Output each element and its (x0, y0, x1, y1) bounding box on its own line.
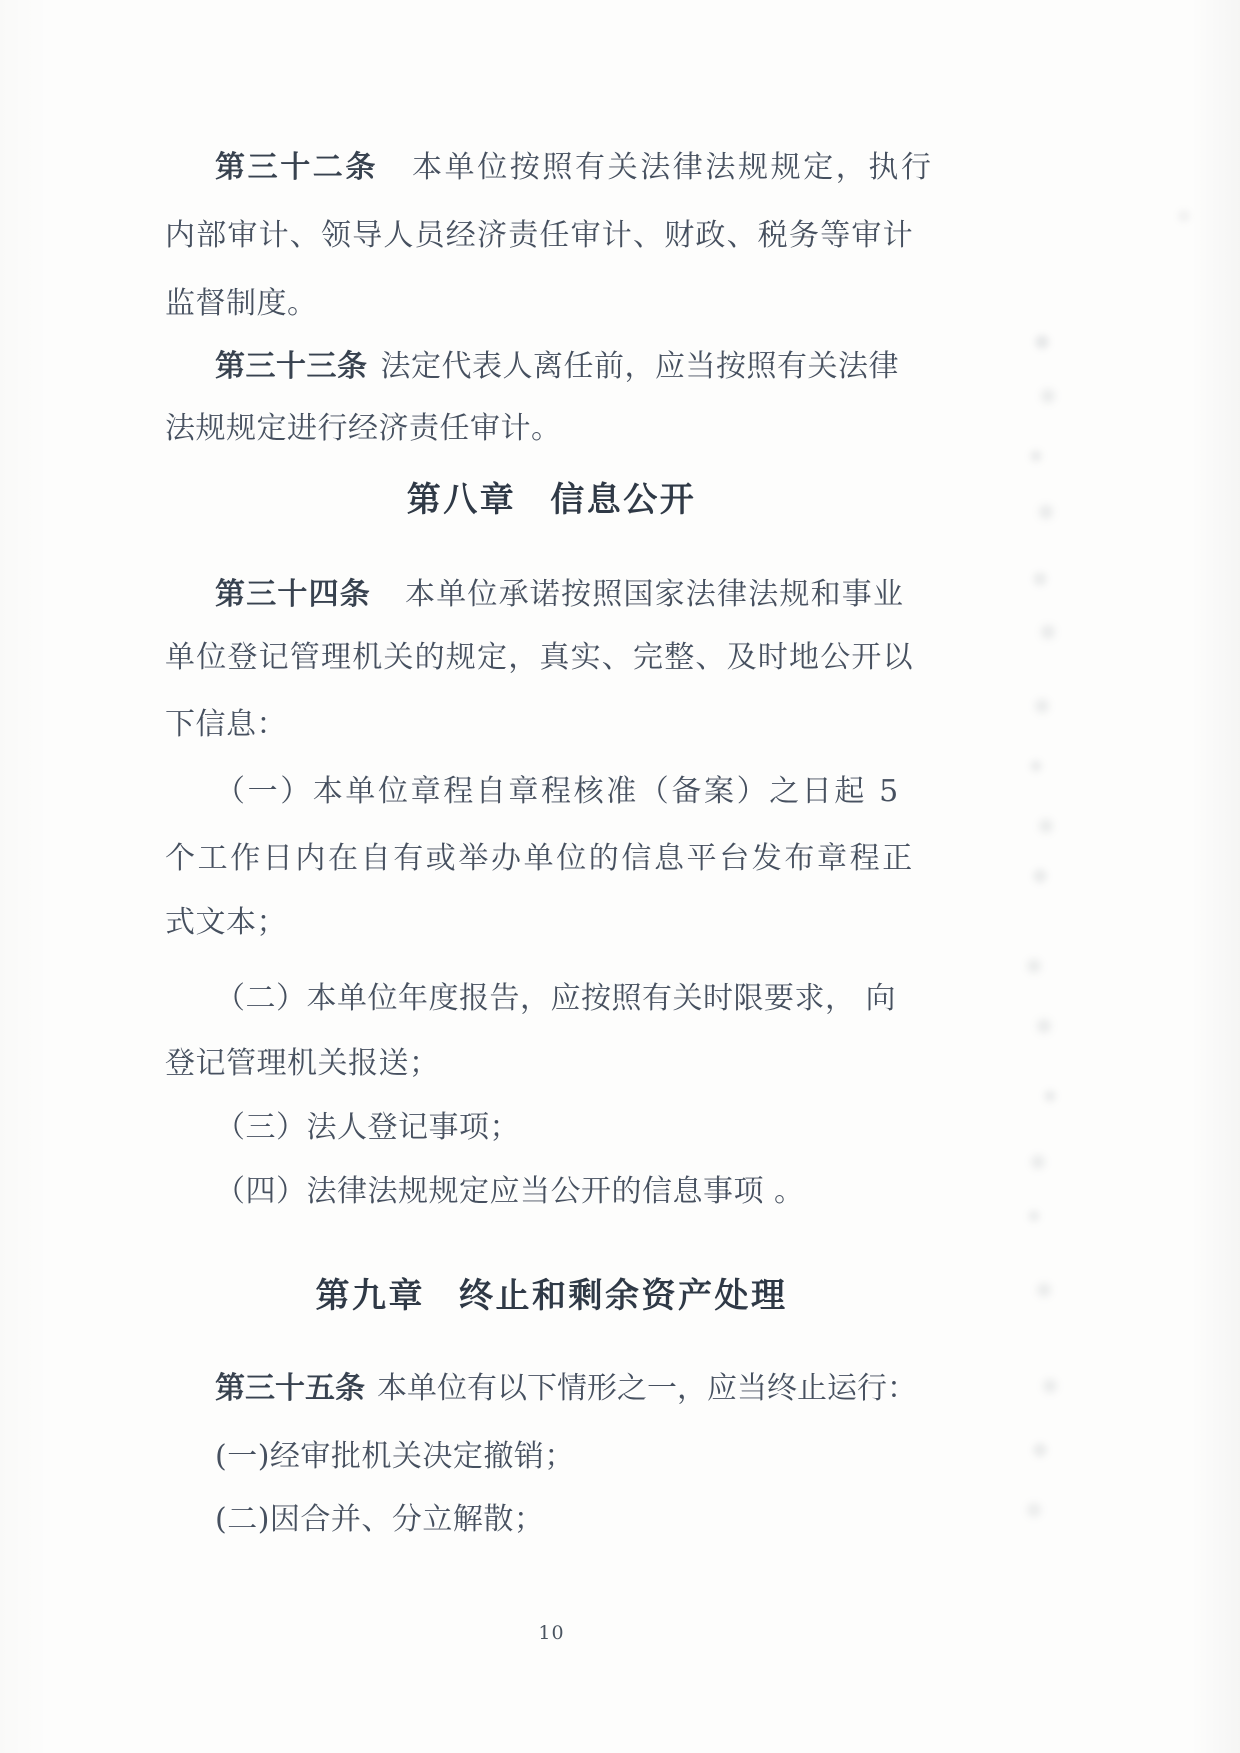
article-34-item-2-line-2: 登记管理机关报送； (165, 1043, 955, 1085)
chapter-8-number: 第八章 (407, 480, 517, 520)
article-35-item-2: (二)因合并、分立解散； (165, 1499, 1005, 1541)
article-34-item-4: （四）法律法规规定应当公开的信息事项 。 (165, 1171, 1005, 1213)
chapter-8-heading: 第八章信息公开 (165, 472, 938, 521)
scan-smudge-artifacts (0, 0, 8, 8)
article-35-text-1: 本单位有以下情形之一，应当终止运行： (377, 1371, 917, 1406)
page-number: 10 (165, 1622, 938, 1644)
article-35-number: 第三十五条 (215, 1371, 365, 1406)
chapter-9-number: 第九章 (316, 1276, 426, 1316)
article-33-line-2: 法规规定进行经济责任审计。 (165, 408, 955, 450)
article-35-item-1: (一)经审批机关决定撤销； (165, 1436, 1005, 1478)
article-34-line-3: 下信息： (165, 704, 955, 746)
document-page: 第三十二条本单位按照有关法律法规规定，执行 内部审计、领导人员经济责任审计、财政… (0, 0, 1240, 1753)
article-34-item-1-line-2: 个工作日内在自有或举办单位的信息平台发布章程正 (165, 838, 955, 880)
article-33-number: 第三十三条 (215, 349, 368, 384)
chapter-9-heading: 第九章终止和剩余资产处理 (165, 1268, 938, 1317)
article-32-line-3: 监督制度。 (165, 283, 955, 325)
article-34-item-1-line-3: 式文本； (165, 902, 955, 944)
article-34-item-1-line-1: （一）本单位章程自章程核准（备案）之日起 5 (165, 771, 1005, 813)
article-34-number: 第三十四条 (215, 577, 371, 612)
article-34-item-3: （三）法人登记事项； (165, 1107, 1005, 1149)
article-33-text-1: 法定代表人离任前，应当按照有关法律 (381, 349, 900, 384)
article-34-text-1: 本单位承诺按照国家法律法规和事业 (405, 577, 904, 612)
article-32-text-1: 本单位按照有关法律法规规定，执行 (412, 150, 934, 185)
article-32-line-1: 第三十二条本单位按照有关法律法规规定，执行 (165, 147, 1005, 189)
article-32-line-2: 内部审计、领导人员经济责任审计、财政、税务等审计 (165, 215, 955, 257)
article-34-line-2: 单位登记管理机关的规定，真实、完整、及时地公开以 (165, 637, 955, 679)
article-32-number: 第三十二条 (215, 150, 378, 185)
article-35-line-1: 第三十五条本单位有以下情形之一，应当终止运行： (165, 1368, 1005, 1410)
article-33-line-1: 第三十三条法定代表人离任前，应当按照有关法律 (165, 346, 1005, 388)
chapter-9-title: 终止和剩余资产处理 (459, 1276, 788, 1316)
chapter-8-title: 信息公开 (550, 480, 696, 520)
article-34-item-2-line-1: （二）本单位年度报告，应按照有关时限要求， 向 (165, 978, 1005, 1020)
article-34-line-1: 第三十四条本单位承诺按照国家法律法规和事业 (165, 574, 1005, 616)
